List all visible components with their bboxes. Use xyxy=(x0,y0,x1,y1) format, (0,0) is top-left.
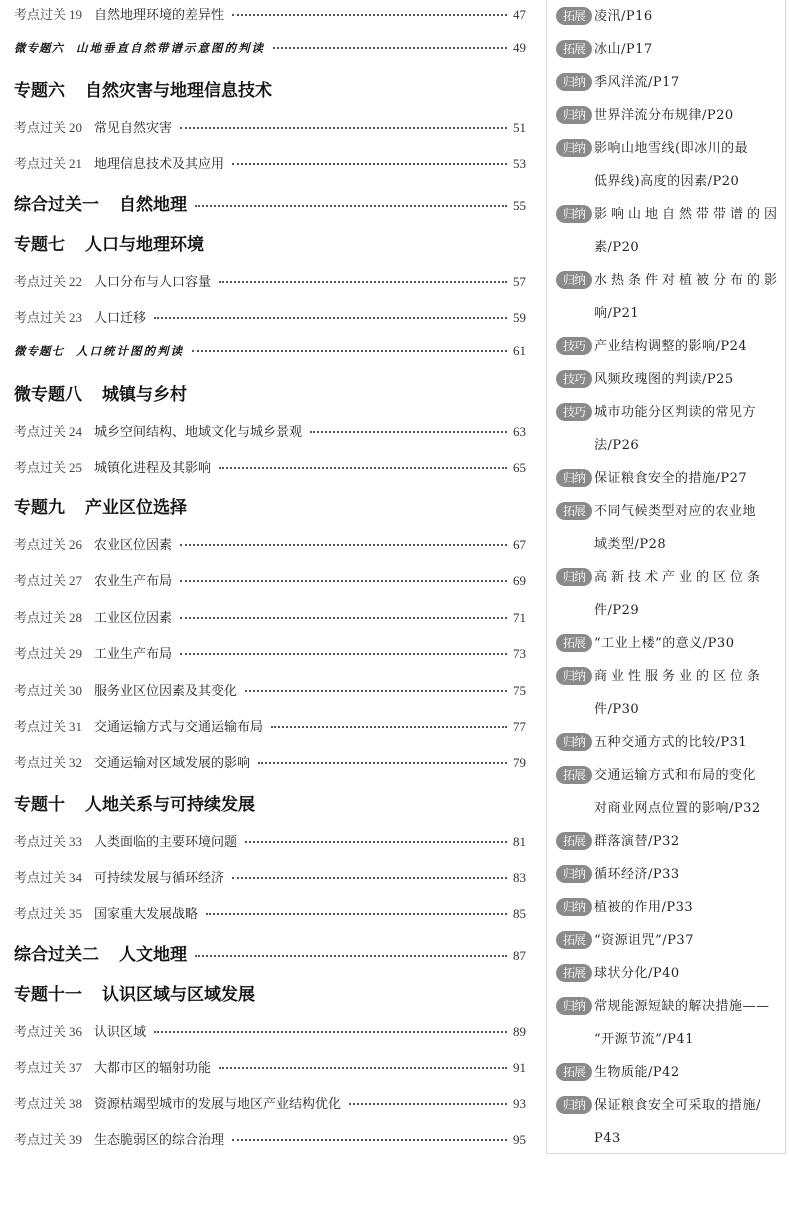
entry-label: 考点过关 xyxy=(14,903,66,922)
toc-entry[interactable]: 考点过关39生态脆弱区的综合治理95 xyxy=(14,1129,526,1148)
entry-label: 考点过关 xyxy=(14,570,66,589)
dot-leader xyxy=(180,580,507,582)
entry-number: 39 xyxy=(69,1132,82,1148)
section-label: 专题七 xyxy=(14,235,65,255)
dot-leader xyxy=(232,163,507,165)
dot-leader xyxy=(258,762,507,764)
note-text: 素/P20 xyxy=(594,231,782,264)
entry-label: 微专题六 xyxy=(14,40,64,56)
tag-badge: 归纳 xyxy=(556,898,592,916)
toc-entry[interactable]: 考点过关26农业区位因素67 xyxy=(14,534,526,553)
tag-badge: 拓展 xyxy=(556,832,592,850)
tag-badge: 归纳 xyxy=(556,139,592,157)
page-number: 71 xyxy=(513,610,526,626)
entry-title: 服务业区位因素及其变化 xyxy=(94,680,237,699)
note-item[interactable]: 归纳常规能源短缺的解决措施——“开源节流”/P41 xyxy=(556,990,782,1056)
page-number: 49 xyxy=(513,40,526,56)
page-number: 69 xyxy=(513,573,526,589)
entry-label: 考点过关 xyxy=(14,457,66,476)
dot-leader xyxy=(154,1031,507,1033)
entry-label: 综合过关二 xyxy=(14,940,99,965)
note-text: 水热条件对植被分布的影 xyxy=(594,264,782,297)
tag-badge: 拓展 xyxy=(556,634,592,652)
entry-number: 25 xyxy=(69,460,82,476)
note-text: 生物质能/P42 xyxy=(594,1056,782,1089)
entry-number: 27 xyxy=(69,573,82,589)
page-number: 79 xyxy=(513,755,526,771)
entry-title: 地理信息技术及其应用 xyxy=(94,153,224,172)
note-text: 保证粮食安全的措施/P27 xyxy=(594,462,782,495)
entry-title: 自然地理环境的差异性 xyxy=(94,4,224,23)
entry-title: 交通运输对区域发展的影响 xyxy=(94,752,250,771)
dot-leader xyxy=(310,431,507,433)
note-item[interactable]: 归纳影响山地自然带带谱的因素/P20 xyxy=(556,198,782,264)
dot-leader xyxy=(232,877,507,879)
toc-entry[interactable]: 考点过关23人口迁移59 xyxy=(14,307,526,326)
toc-entry[interactable]: 考点过关34可持续发展与循环经济83 xyxy=(14,867,526,886)
tag-badge: 归纳 xyxy=(556,568,592,586)
dot-leader xyxy=(349,1103,507,1105)
page-number: 77 xyxy=(513,719,526,735)
page-number: 87 xyxy=(513,948,526,964)
toc-entry[interactable]: 考点过关31交通运输方式与交通运输布局77 xyxy=(14,716,526,735)
note-item[interactable]: 拓展冰山/P17 xyxy=(556,33,782,66)
dot-leader xyxy=(245,690,507,692)
dot-leader xyxy=(232,14,507,16)
entry-label: 考点过关 xyxy=(14,1057,66,1076)
entry-number: 19 xyxy=(69,7,82,23)
note-text: 城市功能分区判读的常见方 xyxy=(594,396,782,429)
note-text: 季风洋流/P17 xyxy=(594,66,782,99)
entry-label: 考点过关 xyxy=(14,607,66,626)
entry-title: 生态脆弱区的综合治理 xyxy=(94,1129,224,1148)
toc-entry[interactable]: 考点过关25城镇化进程及其影响65 xyxy=(14,457,526,476)
entry-number: 30 xyxy=(69,683,82,699)
note-item[interactable]: 技巧风频玫瑰图的判读/P25 xyxy=(556,363,782,396)
dot-leader xyxy=(271,726,507,728)
dot-leader xyxy=(219,467,507,469)
note-text: “工业上楼”的意义/P30 xyxy=(594,627,782,660)
page-number: 67 xyxy=(513,537,526,553)
note-item[interactable]: 技巧城市功能分区判读的常见方法/P26 xyxy=(556,396,782,462)
entry-title: 交通运输方式与交通运输布局 xyxy=(94,716,263,735)
note-item[interactable]: 归纳商业性服务业的区位条件/P30 xyxy=(556,660,782,726)
section-label: 专题十 xyxy=(14,795,65,815)
toc-entry[interactable]: 考点过关19自然地理环境的差异性47 xyxy=(14,4,526,23)
page-number: 93 xyxy=(513,1096,526,1112)
entry-title: 人类面临的主要环境问题 xyxy=(94,831,237,850)
toc-entry[interactable]: 考点过关36认识区域89 xyxy=(14,1021,526,1040)
toc-entry[interactable]: 考点过关30服务业区位因素及其变化75 xyxy=(14,680,526,699)
entry-number: 26 xyxy=(69,537,82,553)
entry-number: 28 xyxy=(69,610,82,626)
note-item[interactable]: 归纳植被的作用/P33 xyxy=(556,891,782,924)
note-text: 商业性服务业的区位条 xyxy=(594,660,782,693)
entry-label: 考点过关 xyxy=(14,1093,66,1112)
note-text: 冰山/P17 xyxy=(594,33,782,66)
tag-badge: 拓展 xyxy=(556,964,592,982)
section-heading: 专题十一认识区域与区域发展 xyxy=(14,980,255,1005)
page-number: 53 xyxy=(513,156,526,172)
note-text: P43 xyxy=(594,1122,782,1155)
page-number: 83 xyxy=(513,870,526,886)
note-text: 产业结构调整的影响/P24 xyxy=(594,330,782,363)
tag-badge: 拓展 xyxy=(556,7,592,25)
entry-title: 自然地理 xyxy=(119,190,187,215)
note-item[interactable]: 拓展球状分化/P40 xyxy=(556,957,782,990)
tag-badge: 归纳 xyxy=(556,271,592,289)
note-item[interactable]: 归纳循环经济/P33 xyxy=(556,858,782,891)
note-item[interactable]: 归纳保证粮食安全的措施/P27 xyxy=(556,462,782,495)
dot-leader xyxy=(154,317,507,319)
section-title: 人地关系与可持续发展 xyxy=(85,795,255,815)
note-text: “开源节流”/P41 xyxy=(594,1023,782,1056)
page-number: 95 xyxy=(513,1132,526,1148)
toc-entry[interactable]: 考点过关20常见自然灾害51 xyxy=(14,117,526,136)
entry-label: 考点过关 xyxy=(14,307,66,326)
section-heading: 专题九产业区位选择 xyxy=(14,493,187,518)
entry-label: 考点过关 xyxy=(14,680,66,699)
note-text: 法/P26 xyxy=(594,429,782,462)
entry-label: 考点过关 xyxy=(14,1129,66,1148)
dot-leader xyxy=(180,544,507,546)
entry-title: 农业区位因素 xyxy=(94,534,172,553)
note-text: 循环经济/P33 xyxy=(594,858,782,891)
page-number: 65 xyxy=(513,460,526,476)
dot-leader xyxy=(206,913,507,915)
note-text: 五种交通方式的比较/P31 xyxy=(594,726,782,759)
section-heading: 微专题八城镇与乡村 xyxy=(14,380,187,405)
entry-number: 35 xyxy=(69,906,82,922)
toc-review-entry[interactable]: 综合过关二人文地理87 xyxy=(14,940,526,965)
entry-title: 山地垂直自然带谱示意图的判读 xyxy=(76,40,265,56)
tag-badge: 技巧 xyxy=(556,370,592,388)
entry-label: 考点过关 xyxy=(14,831,66,850)
toc-entry[interactable]: 考点过关29工业生产布局73 xyxy=(14,643,526,662)
toc-micro-topic[interactable]: 微专题七人口统计图的判读61 xyxy=(14,343,526,359)
entry-title: 可持续发展与循环经济 xyxy=(94,867,224,886)
note-item[interactable]: 技巧产业结构调整的影响/P24 xyxy=(556,330,782,363)
entry-title: 城乡空间结构、地域文化与城乡景观 xyxy=(94,421,302,440)
note-item[interactable]: 归纳水热条件对植被分布的影响/P21 xyxy=(556,264,782,330)
page-number: 57 xyxy=(513,274,526,290)
tag-badge: 归纳 xyxy=(556,106,592,124)
entry-label: 考点过关 xyxy=(14,643,66,662)
page-number: 55 xyxy=(513,198,526,214)
page-number: 61 xyxy=(513,343,526,359)
note-item[interactable]: 拓展“工业上楼”的意义/P30 xyxy=(556,627,782,660)
entry-title: 国家重大发展战略 xyxy=(94,903,198,922)
toc-entry[interactable]: 考点过关33人类面临的主要环境问题81 xyxy=(14,831,526,850)
note-text: 件/P30 xyxy=(594,693,782,726)
entry-title: 人口分布与人口容量 xyxy=(94,271,211,290)
note-text: 高新技术产业的区位条 xyxy=(594,561,782,594)
dot-leader xyxy=(245,841,507,843)
entry-label: 考点过关 xyxy=(14,421,66,440)
note-item[interactable]: 拓展交通运输方式和布局的变化对商业网点位置的影响/P32 xyxy=(556,759,782,825)
note-item[interactable]: 归纳保证粮食安全可采取的措施/P43 xyxy=(556,1089,782,1155)
dot-leader xyxy=(219,281,507,283)
entry-title: 常见自然灾害 xyxy=(94,117,172,136)
note-text: 交通运输方式和布局的变化 xyxy=(594,759,782,792)
entry-number: 20 xyxy=(69,120,82,136)
toc-review-entry[interactable]: 综合过关一自然地理55 xyxy=(14,190,526,215)
entry-label: 微专题七 xyxy=(14,343,64,359)
entry-number: 37 xyxy=(69,1060,82,1076)
note-item[interactable]: 拓展群落演替/P32 xyxy=(556,825,782,858)
tag-badge: 拓展 xyxy=(556,1063,592,1081)
entry-title: 认识区域 xyxy=(94,1021,146,1040)
page-number: 63 xyxy=(513,424,526,440)
entry-label: 综合过关一 xyxy=(14,190,99,215)
section-title: 产业区位选择 xyxy=(85,498,187,518)
section-label: 专题六 xyxy=(14,81,65,101)
entry-number: 34 xyxy=(69,870,82,886)
entry-label: 考点过关 xyxy=(14,867,66,886)
entry-number: 24 xyxy=(69,424,82,440)
note-item[interactable]: 拓展凌汛/P16 xyxy=(556,0,782,33)
page-number: 85 xyxy=(513,906,526,922)
note-text: 风频玫瑰图的判读/P25 xyxy=(594,363,782,396)
page-number: 47 xyxy=(513,7,526,23)
note-text: 域类型/P28 xyxy=(594,528,782,561)
page-number: 51 xyxy=(513,120,526,136)
section-heading: 专题六自然灾害与地理信息技术 xyxy=(14,76,272,101)
toc-entry[interactable]: 考点过关35国家重大发展战略85 xyxy=(14,903,526,922)
note-item[interactable]: 拓展生物质能/P42 xyxy=(556,1056,782,1089)
section-label: 专题十一 xyxy=(14,985,82,1005)
note-text: 影响山地自然带带谱的因 xyxy=(594,198,782,231)
section-label: 微专题八 xyxy=(14,385,82,405)
toc-entry[interactable]: 考点过关24城乡空间结构、地域文化与城乡景观63 xyxy=(14,421,526,440)
tag-badge: 技巧 xyxy=(556,337,592,355)
entry-number: 23 xyxy=(69,310,82,326)
entry-title: 人口迁移 xyxy=(94,307,146,326)
section-title: 认识区域与区域发展 xyxy=(102,985,255,1005)
entry-number: 38 xyxy=(69,1096,82,1112)
dot-leader xyxy=(180,617,507,619)
entry-title: 资源枯竭型城市的发展与地区产业结构优化 xyxy=(94,1093,341,1112)
page-number: 81 xyxy=(513,834,526,850)
entry-label: 考点过关 xyxy=(14,534,66,553)
note-text: 响/P21 xyxy=(594,297,782,330)
entry-title: 工业区位因素 xyxy=(94,607,172,626)
note-text: 凌汛/P16 xyxy=(594,0,782,33)
page-number: 59 xyxy=(513,310,526,326)
note-text: 群落演替/P32 xyxy=(594,825,782,858)
tag-badge: 归纳 xyxy=(556,1096,592,1114)
note-item[interactable]: 归纳五种交通方式的比较/P31 xyxy=(556,726,782,759)
note-text: 球状分化/P40 xyxy=(594,957,782,990)
tag-badge: 归纳 xyxy=(556,865,592,883)
toc-entry[interactable]: 考点过关22人口分布与人口容量57 xyxy=(14,271,526,290)
toc-entry[interactable]: 考点过关28工业区位因素71 xyxy=(14,607,526,626)
dot-leader xyxy=(219,1067,507,1069)
tag-badge: 归纳 xyxy=(556,733,592,751)
dot-leader xyxy=(180,127,507,129)
dot-leader xyxy=(232,1139,507,1141)
toc-micro-topic[interactable]: 微专题六山地垂直自然带谱示意图的判读49 xyxy=(14,40,526,56)
tag-badge: 归纳 xyxy=(556,667,592,685)
toc-entry[interactable]: 考点过关38资源枯竭型城市的发展与地区产业结构优化93 xyxy=(14,1093,526,1112)
entry-label: 考点过关 xyxy=(14,271,66,290)
section-title: 人口与地理环境 xyxy=(85,235,204,255)
tag-badge: 归纳 xyxy=(556,997,592,1015)
note-item[interactable]: 归纳世界洋流分布规律/P20 xyxy=(556,99,782,132)
note-text: 常规能源短缺的解决措施—— xyxy=(594,990,782,1023)
page-number: 91 xyxy=(513,1060,526,1076)
entry-title: 城镇化进程及其影响 xyxy=(94,457,211,476)
page-number: 75 xyxy=(513,683,526,699)
note-text: “资源诅咒”/P37 xyxy=(594,924,782,957)
note-text: 保证粮食安全可采取的措施/ xyxy=(594,1089,782,1122)
toc-entry[interactable]: 考点过关32交通运输对区域发展的影响79 xyxy=(14,752,526,771)
tag-badge: 拓展 xyxy=(556,40,592,58)
entry-number: 33 xyxy=(69,834,82,850)
entry-title: 大都市区的辐射功能 xyxy=(94,1057,211,1076)
entry-label: 考点过关 xyxy=(14,1021,66,1040)
note-text: 世界洋流分布规律/P20 xyxy=(594,99,782,132)
tag-badge: 拓展 xyxy=(556,502,592,520)
entry-number: 32 xyxy=(69,755,82,771)
entry-number: 29 xyxy=(69,646,82,662)
note-text: 影响山地雪线(即冰川的最 xyxy=(594,132,782,165)
page-number: 89 xyxy=(513,1024,526,1040)
entry-label: 考点过关 xyxy=(14,716,66,735)
dot-leader xyxy=(192,350,507,352)
note-item[interactable]: 拓展“资源诅咒”/P37 xyxy=(556,924,782,957)
tag-badge: 归纳 xyxy=(556,469,592,487)
tag-badge: 拓展 xyxy=(556,931,592,949)
note-text: 件/P29 xyxy=(594,594,782,627)
note-item[interactable]: 归纳影响山地雪线(即冰川的最低界线)高度的因素/P20 xyxy=(556,132,782,198)
entry-number: 31 xyxy=(69,719,82,735)
note-text: 对商业网点位置的影响/P32 xyxy=(594,792,782,825)
section-heading: 专题七人口与地理环境 xyxy=(14,230,204,255)
entry-label: 考点过关 xyxy=(14,153,66,172)
section-label: 专题九 xyxy=(14,498,65,518)
entry-title: 农业生产布局 xyxy=(94,570,172,589)
entry-number: 21 xyxy=(69,156,82,172)
section-title: 自然灾害与地理信息技术 xyxy=(85,81,272,101)
note-item[interactable]: 归纳高新技术产业的区位条件/P29 xyxy=(556,561,782,627)
entry-title: 人文地理 xyxy=(119,940,187,965)
dot-leader xyxy=(180,653,507,655)
page-number: 73 xyxy=(513,646,526,662)
section-title: 城镇与乡村 xyxy=(102,385,187,405)
section-heading: 专题十人地关系与可持续发展 xyxy=(14,790,255,815)
note-text: 植被的作用/P33 xyxy=(594,891,782,924)
tag-badge: 归纳 xyxy=(556,73,592,91)
entry-label: 考点过关 xyxy=(14,752,66,771)
note-item[interactable]: 拓展不同气候类型对应的农业地域类型/P28 xyxy=(556,495,782,561)
dot-leader xyxy=(195,955,507,957)
entry-number: 36 xyxy=(69,1024,82,1040)
note-text: 不同气候类型对应的农业地 xyxy=(594,495,782,528)
entry-label: 考点过关 xyxy=(14,117,66,136)
note-text: 低界线)高度的因素/P20 xyxy=(594,165,782,198)
entry-title: 人口统计图的判读 xyxy=(76,343,184,359)
tag-badge: 技巧 xyxy=(556,403,592,421)
note-item[interactable]: 归纳季风洋流/P17 xyxy=(556,66,782,99)
tag-badge: 拓展 xyxy=(556,766,592,784)
toc-entry[interactable]: 考点过关21地理信息技术及其应用53 xyxy=(14,153,526,172)
entry-title: 工业生产布局 xyxy=(94,643,172,662)
entry-label: 考点过关 xyxy=(14,4,66,23)
toc-entry[interactable]: 考点过关27农业生产布局69 xyxy=(14,570,526,589)
tag-badge: 归纳 xyxy=(556,205,592,223)
dot-leader xyxy=(273,47,507,49)
toc-entry[interactable]: 考点过关37大都市区的辐射功能91 xyxy=(14,1057,526,1076)
entry-number: 22 xyxy=(69,274,82,290)
dot-leader xyxy=(195,205,507,207)
